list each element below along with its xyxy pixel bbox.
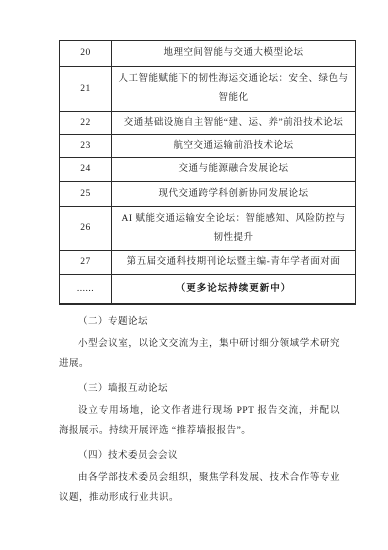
- forum-number-ellipsis: ......: [60, 275, 112, 305]
- forum-title: 航空交通运输前沿技术论坛: [112, 135, 356, 158]
- table-row: 22 交通基础设施自主智能“建、运、养”前沿技术论坛: [60, 112, 356, 135]
- forum-number: 27: [60, 251, 112, 275]
- section-heading-2: （二）专题论坛: [59, 312, 340, 332]
- forum-title: 地理空间智能与交通大模型论坛: [112, 41, 356, 67]
- section-body-3: 设立专用场地，论文作者进行现场 PPT 报告交流，并配以海报展示。持续开展评选 …: [59, 401, 340, 441]
- forum-number: 24: [60, 158, 112, 182]
- table-row: 21 人工智能赋能下的韧性海运交通论坛：安全、绿色与智能化: [60, 67, 356, 112]
- forum-number: 20: [60, 41, 112, 67]
- forum-title: 人工智能赋能下的韧性海运交通论坛：安全、绿色与智能化: [112, 67, 356, 112]
- forum-number: 22: [60, 112, 112, 135]
- section-heading-4: （四）技术委员会会议: [59, 446, 340, 466]
- document-page: 20 地理空间智能与交通大模型论坛 21 人工智能赋能下的韧性海运交通论坛：安全…: [0, 0, 388, 550]
- table-row: 27 第五届交通科技期刊论坛暨主编-青年学者面对面: [60, 251, 356, 275]
- forum-number: 25: [60, 182, 112, 207]
- section-heading-3: （三）墙报互动论坛: [59, 379, 340, 399]
- forum-title: 现代交通跨学科创新协同发展论坛: [112, 182, 356, 207]
- document-content: 20 地理空间智能与交通大模型论坛 21 人工智能赋能下的韧性海运交通论坛：安全…: [59, 40, 340, 511]
- table-row-more-forums: ...... （更多论坛持续更新中）: [60, 275, 356, 305]
- table-row: 23 航空交通运输前沿技术论坛: [60, 135, 356, 158]
- table-row: 25 现代交通跨学科创新协同发展论坛: [60, 182, 356, 207]
- forum-title: 交通与能源融合发展论坛: [112, 158, 356, 182]
- section-body-4: 由各学部技术委员会组织，聚焦学科发展、技术合作等专业议题，推动形成行业共识。: [59, 468, 340, 508]
- table-row: 20 地理空间智能与交通大模型论坛: [60, 41, 356, 67]
- forum-title: AI 赋能交通运输安全论坛：智能感知、风险防控与韧性提升: [112, 207, 356, 251]
- forum-list-table: 20 地理空间智能与交通大模型论坛 21 人工智能赋能下的韧性海运交通论坛：安全…: [59, 40, 356, 305]
- document-sections: （二）专题论坛 小型会议室，以论文交流为主，集中研讨细分领域学术研究进展。 （三…: [59, 312, 340, 508]
- forum-title: 交通基础设施自主智能“建、运、养”前沿技术论坛: [112, 112, 356, 135]
- more-forums-note: （更多论坛持续更新中）: [112, 275, 356, 305]
- forum-title: 第五届交通科技期刊论坛暨主编-青年学者面对面: [112, 251, 356, 275]
- table-row: 24 交通与能源融合发展论坛: [60, 158, 356, 182]
- table-row: 26 AI 赋能交通运输安全论坛：智能感知、风险防控与韧性提升: [60, 207, 356, 251]
- forum-number: 23: [60, 135, 112, 158]
- forum-number: 21: [60, 67, 112, 112]
- section-body-2: 小型会议室，以论文交流为主，集中研讨细分领域学术研究进展。: [59, 334, 340, 374]
- forum-number: 26: [60, 207, 112, 251]
